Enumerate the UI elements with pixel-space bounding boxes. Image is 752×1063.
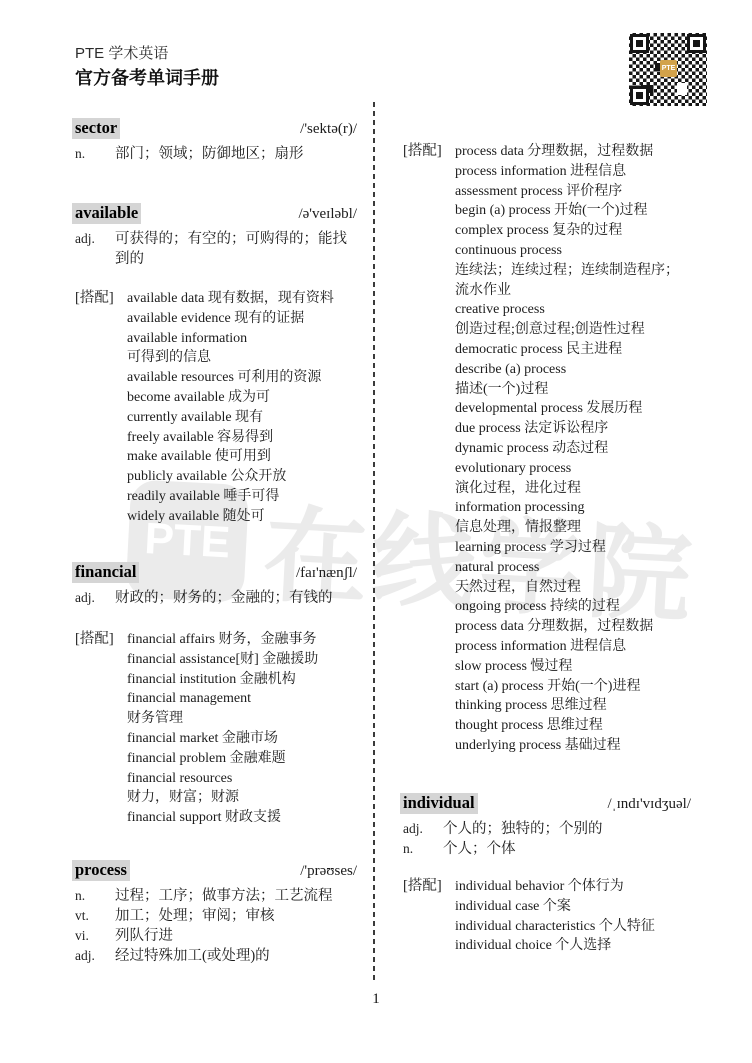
collocation-label: [搭配] [75,289,127,527]
collocation-line: underlying process 基础过程 [455,736,691,756]
collocation-block-individual: [搭配] individual behavior 个体行为 individual… [403,877,691,956]
definition-row: n. 部门；领域；防御地区；扇形 [75,144,357,164]
collocation-line: learning process 学习过程 [455,538,691,558]
collocation-line: thinking process 思维过程 [455,696,691,716]
collocation-list: process data 分理数据，过程数据 process informati… [455,142,691,756]
collocation-line: 创造过程;创意过程;创造性过程 [455,320,691,340]
collocation-line: creative process [455,300,691,320]
collocation-line: available data 现有数据，现有资料 [127,289,357,309]
definition-text: 部门；领域；防御地区；扇形 [115,144,357,164]
headword: sector [72,118,120,139]
collocation-line: continuous process [455,241,691,261]
pronunciation: /'prəʊses/ [300,863,357,880]
collocation-line: individual choice 个人选择 [455,936,691,956]
definition-row: n. 个人；个体 [403,839,691,859]
definition-text: 个人的；独特的；个别的 [443,819,691,839]
definition-row: n. 过程；工序；做事方法；工艺流程 [75,886,357,906]
collocation-line: 连续法；连续过程；连续制造程序； [455,261,691,281]
collocation-block-process: [搭配] process data 分理数据，过程数据 process info… [403,142,691,756]
pos-label: n. [403,839,443,859]
collocation-line: currently available 现有 [127,408,357,428]
collocation-line: financial institution 金融机构 [127,670,357,690]
entry-sector: sector /'sektə(r)/ n. 部门；领域；防御地区；扇形 [75,118,357,164]
collocation-line: slow process 慢过程 [455,657,691,677]
collocation-line: start (a) process 开始(一个)进程 [455,677,691,697]
pronunciation: /ə'veɪləbl/ [298,206,357,223]
collocation-line: 演化过程，进化过程 [455,479,691,499]
definition-row: adj. 经过特殊加工(或处理)的 [75,946,357,966]
collocation-line: dynamic process 动态过程 [455,439,691,459]
collocation-line: complex process 复杂的过程 [455,221,691,241]
collocation-line: available information [127,329,357,349]
collocation-line: financial assistance[财] 金融援助 [127,650,357,670]
collocation-label: [搭配] [75,630,127,828]
collocation-line: developmental process 发展历程 [455,399,691,419]
entry-financial: financial /faɪ'nænʃl/ adj. 财政的；财务的；金融的；有… [75,562,357,608]
pos-label: adj. [75,946,115,966]
collocation-line: 描述(一个)过程 [455,380,691,400]
pos-label: adj. [75,588,115,608]
collocation-line: publicly available 公众开放 [127,467,357,487]
definition-text: 过程；工序；做事方法；工艺流程 [115,886,357,906]
collocation-line: freely available 容易得到 [127,428,357,448]
collocation-line: describe (a) process [455,360,691,380]
definition-text: 列队行进 [115,926,357,946]
definition-row: vi. 列队行进 [75,926,357,946]
entry-process: process /'prəʊses/ n. 过程；工序；做事方法；工艺流程 vt… [75,860,357,966]
definition-row: adj. 个人的；独特的；个别的 [403,819,691,839]
definition-text: 加工；处理；审阅；审核 [115,906,357,926]
collocation-label: [搭配] [403,142,455,756]
collocation-line: available evidence 现有的证据 [127,309,357,329]
pos-label: vi. [75,926,115,946]
collocation-line: thought process 思维过程 [455,716,691,736]
definition-text: 个人；个体 [443,839,691,859]
right-column: [搭配] process data 分理数据，过程数据 process info… [403,0,691,1063]
collocation-list: individual behavior 个体行为 individual case… [455,877,691,956]
pronunciation: /faɪ'nænʃl/ [296,565,357,582]
collocation-line: 财力，财富；财源 [127,788,357,808]
collocation-line: financial market 金融市场 [127,729,357,749]
entry-individual: individual /ˌɪndɪ'vɪdʒuəl/ adj. 个人的；独特的；… [403,793,691,859]
definition-text: 经过特殊加工(或处理)的 [115,946,357,966]
headword: individual [400,793,478,814]
collocation-list: financial affairs 财务，金融事务 financial assi… [127,630,357,828]
collocation-line: ongoing process 持续的过程 [455,597,691,617]
headword: process [72,860,130,881]
collocation-line: available resources 可利用的资源 [127,368,357,388]
collocation-line: 财务管理 [127,709,357,729]
collocation-line: individual behavior 个体行为 [455,877,691,897]
collocation-line: 天然过程，自然过程 [455,578,691,598]
entry-available: available /ə'veɪləbl/ adj. 可获得的；有空的；可购得的… [75,203,357,269]
collocation-line: financial support 财政支援 [127,808,357,828]
pos-label: n. [75,144,115,164]
collocation-list: available data 现有数据，现有资料 available evide… [127,289,357,527]
collocation-line: due process 法定诉讼程序 [455,419,691,439]
collocation-line: become available 成为可 [127,388,357,408]
pronunciation: /ˌɪndɪ'vɪdʒuəl/ [607,796,691,813]
collocation-line: readily available 唾手可得 [127,487,357,507]
collocation-line: individual case 个案 [455,897,691,917]
collocation-line: process information 进程信息 [455,637,691,657]
collocation-line: process information 进程信息 [455,162,691,182]
collocation-line: financial management [127,689,357,709]
pos-label: adj. [403,819,443,839]
collocation-block-available: [搭配] available data 现有数据，现有资料 available … [75,289,357,527]
collocation-line: information processing [455,498,691,518]
collocation-block-financial: [搭配] financial affairs 财务，金融事务 financial… [75,630,357,828]
collocation-line: individual characteristics 个人特征 [455,917,691,937]
headword: available [72,203,141,224]
definition-row: adj. 可获得的；有空的；可购得的；能找到的 [75,229,357,269]
definition-text: 财政的；财务的；金融的；有钱的 [115,588,357,608]
collocation-line: process data 分理数据，过程数据 [455,142,691,162]
definition-row: vt. 加工；处理；审阅；审核 [75,906,357,926]
collocation-line: 可得到的信息 [127,348,357,368]
collocation-line: 流水作业 [455,281,691,301]
left-column: sector /'sektə(r)/ n. 部门；领域；防御地区；扇形 avai… [75,0,357,1063]
collocation-line: process data 分理数据，过程数据 [455,617,691,637]
collocation-line: financial affairs 财务，金融事务 [127,630,357,650]
column-divider [373,102,375,984]
definition-row: adj. 财政的；财务的；金融的；有钱的 [75,588,357,608]
collocation-line: financial problem 金融难题 [127,749,357,769]
collocation-line: natural process [455,558,691,578]
pos-label: vt. [75,906,115,926]
collocation-line: widely available 随处可 [127,507,357,527]
collocation-line: assessment process 评价程序 [455,182,691,202]
collocation-line: evolutionary process [455,459,691,479]
collocation-line: democratic process 民主进程 [455,340,691,360]
collocation-label: [搭配] [403,877,455,956]
headword: financial [72,562,139,583]
collocation-line: begin (a) process 开始(一个)过程 [455,201,691,221]
definition-text: 可获得的；有空的；可购得的；能找到的 [115,229,357,269]
collocation-line: 信息处理，情报整理 [455,518,691,538]
pos-label: n. [75,886,115,906]
collocation-line: financial resources [127,769,357,789]
collocation-line: make available 使可用到 [127,447,357,467]
pos-label: adj. [75,229,115,269]
pronunciation: /'sektə(r)/ [300,121,357,138]
